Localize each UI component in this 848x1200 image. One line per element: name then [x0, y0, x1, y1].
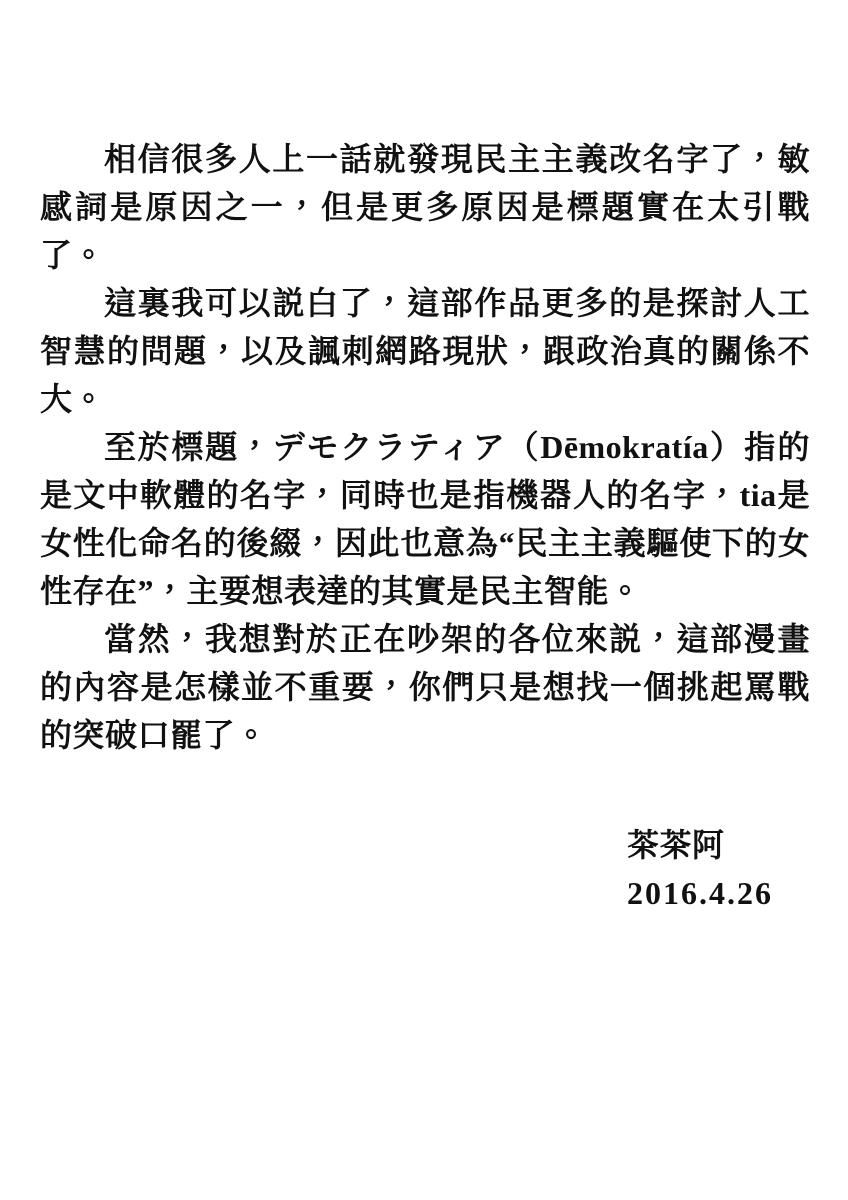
paragraph-rename-reason: 相信很多人上一話就發現民主主義改名字了，敏感詞是原因之一，但是更多原因是標題實在… [40, 135, 810, 279]
author-name: 茶茶阿 [627, 821, 810, 869]
paragraph-closing-remark: 當然，我想對於正在吵架的各位來説，這部漫畫的內容是怎樣並不重要，你們只是想找一個… [40, 615, 810, 759]
signature-block: 茶茶阿 2016.4.26 [627, 821, 810, 917]
signature-date: 2016.4.26 [627, 869, 810, 917]
paragraph-title-meaning: 至於標題，デモクラティア（Dēmokratía）指的是文中軟體的名字，同時也是指… [40, 423, 810, 615]
note-page: 相信很多人上一話就發現民主主義改名字了，敏感詞是原因之一，但是更多原因是標題實在… [0, 0, 848, 1200]
paragraph-work-theme: 這裏我可以説白了，這部作品更多的是探討人工智慧的問題，以及諷刺網路現狀，跟政治真… [40, 279, 810, 423]
note-content: 相信很多人上一話就發現民主主義改名字了，敏感詞是原因之一，但是更多原因是標題實在… [40, 135, 810, 917]
